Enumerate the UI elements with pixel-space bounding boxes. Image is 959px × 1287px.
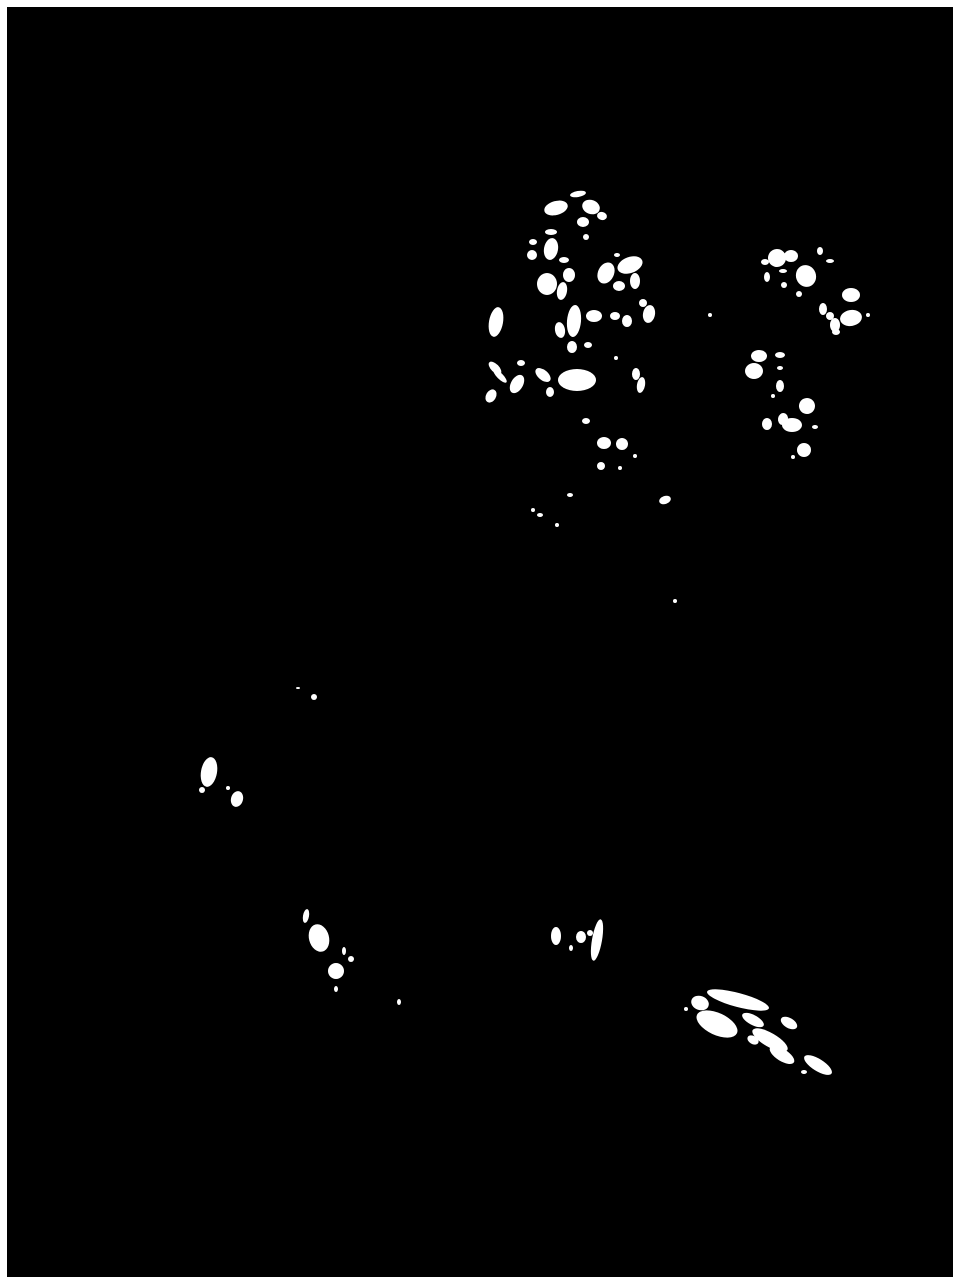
blob bbox=[639, 299, 647, 307]
blob bbox=[775, 352, 785, 358]
image-black-background bbox=[7, 7, 953, 1277]
blob bbox=[559, 257, 569, 263]
blob bbox=[517, 360, 525, 366]
blob bbox=[832, 329, 840, 335]
blob bbox=[812, 425, 818, 429]
blob bbox=[527, 250, 537, 260]
blob bbox=[569, 945, 573, 951]
blob bbox=[842, 288, 860, 302]
blob bbox=[348, 956, 354, 962]
blob bbox=[531, 508, 535, 512]
blob bbox=[784, 250, 798, 262]
blob bbox=[622, 315, 632, 327]
blob bbox=[558, 369, 596, 391]
blob bbox=[779, 269, 787, 273]
blob bbox=[771, 394, 775, 398]
blob bbox=[796, 291, 802, 297]
blob bbox=[791, 455, 795, 459]
blob bbox=[586, 310, 602, 322]
blob bbox=[708, 313, 712, 317]
blob bbox=[819, 303, 827, 315]
blob bbox=[328, 963, 344, 979]
blob bbox=[546, 387, 554, 397]
blob bbox=[673, 599, 677, 603]
blob bbox=[614, 253, 620, 257]
blob bbox=[551, 927, 561, 945]
blob bbox=[633, 454, 637, 458]
blob bbox=[866, 313, 870, 317]
blob bbox=[563, 268, 575, 282]
blob bbox=[577, 217, 589, 227]
blob bbox=[597, 437, 611, 449]
blob bbox=[632, 368, 640, 380]
blob bbox=[781, 282, 787, 288]
blob bbox=[296, 687, 300, 689]
blob bbox=[762, 418, 772, 430]
blob bbox=[776, 380, 784, 392]
blob bbox=[613, 281, 625, 291]
blob bbox=[610, 312, 620, 320]
blob bbox=[745, 363, 763, 379]
blob bbox=[545, 229, 557, 235]
blob bbox=[761, 259, 769, 265]
blob bbox=[782, 418, 802, 432]
blob bbox=[582, 418, 590, 424]
blob bbox=[597, 462, 605, 470]
blob bbox=[630, 273, 640, 289]
blob bbox=[801, 1070, 807, 1074]
blob bbox=[199, 787, 205, 793]
blob bbox=[567, 493, 573, 497]
blob bbox=[555, 523, 559, 527]
blob bbox=[342, 947, 346, 955]
blob bbox=[584, 342, 592, 348]
blob bbox=[826, 259, 834, 263]
blob bbox=[614, 356, 618, 360]
blob bbox=[334, 986, 338, 992]
blob bbox=[583, 234, 589, 240]
blob bbox=[567, 341, 577, 353]
blob bbox=[576, 931, 586, 943]
blob bbox=[529, 239, 537, 245]
blob bbox=[537, 273, 557, 295]
blob bbox=[684, 1007, 688, 1011]
binary-threshold-image bbox=[7, 7, 953, 1277]
blob bbox=[397, 999, 401, 1005]
blob bbox=[797, 443, 811, 457]
blob bbox=[777, 366, 783, 370]
blob bbox=[764, 272, 770, 282]
blob bbox=[587, 930, 593, 936]
blob bbox=[537, 513, 543, 517]
blob bbox=[311, 694, 317, 700]
binary-image-frame bbox=[7, 7, 953, 1277]
blob bbox=[618, 466, 622, 470]
page-background: { "image": { "alt": "binary-threshold-ma… bbox=[0, 0, 959, 1287]
blob bbox=[817, 247, 823, 255]
blob bbox=[616, 438, 628, 450]
blob bbox=[226, 786, 230, 790]
blob bbox=[751, 350, 767, 362]
